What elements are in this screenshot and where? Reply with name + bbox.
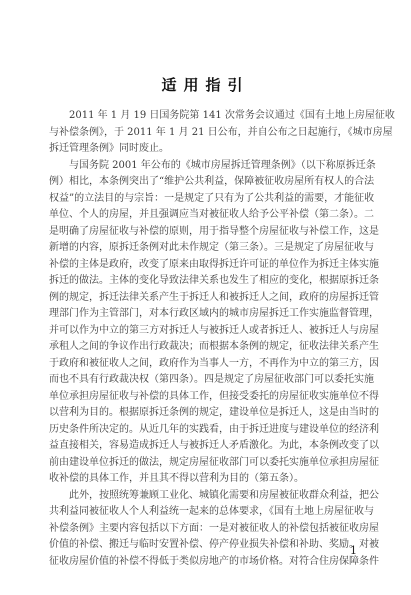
document-body: 2011 年 1 月 19 日国务院第 141 次常务会议通过《国有土地上房屋征… bbox=[49, 108, 361, 570]
text-line: 价值的补偿、搬迁与临时安置补偿、停产停业损失补偿和补助、奖励。对被 bbox=[49, 537, 361, 554]
text-line: 拆迁管理条例》同时废止。 bbox=[49, 141, 361, 158]
text-line: 历史条件所决定的。从近几年的实践看，由于拆迁进度与建设单位的经济利 bbox=[49, 422, 361, 439]
text-line: 于政府和被征收人之间，政府作为当事人一方，不再作为中立的第三方，因 bbox=[49, 356, 361, 373]
text-line: 拆迁的做法。主体的变化导致法律关系也发生了相应的变化，根据原拆迁条 bbox=[49, 273, 361, 290]
text-line: 新增的内容，原拆迁条例对此未作规定（第三条）。三是规定了房屋征收与 bbox=[49, 240, 361, 257]
text-line: 权益”的立法目的与宗旨：一是规定了只有为了公共利益的需要，才能征收 bbox=[49, 191, 361, 208]
text-line: 2011 年 1 月 19 日国务院第 141 次常务会议通过《国有土地上房屋征… bbox=[49, 108, 361, 125]
text-line: 征收房屋价值的补偿不得低于类似房地产的市场价格。对符合住房保障条件 bbox=[49, 554, 361, 571]
text-line: 此外，按照统筹兼顾工业化、城镇化需要和房屋被征收群众利益，把公 bbox=[49, 488, 361, 505]
text-line: 例的规定，拆迁法律关系产生于拆迁人和被拆迁人之间，政府的房屋拆迁管 bbox=[49, 290, 361, 307]
text-line: 并可以作为中立的第三方对拆迁人与被拆迁人或者拆迁人、被拆迁人与房屋 bbox=[49, 323, 361, 340]
text-line: 以营利为目的。根据原拆迁条例的规定，建设单位是拆迁人，这是由当时的 bbox=[49, 405, 361, 422]
text-line: 与补偿条例》，于 2011 年 1 月 21 日公布，并自公布之日起施行，《城市… bbox=[49, 125, 361, 142]
text-line: 是明确了房屋征收与补偿的原则，用于指导整个房屋征收与补偿工作，这是 bbox=[49, 224, 361, 241]
text-line: 补偿的主体是政府，改变了原来由取得拆迁许可证的单位作为拆迁主体实施 bbox=[49, 257, 361, 274]
text-line: 补偿条例》主要内容包括以下方面：一是对被征收人的补偿包括被征收房屋 bbox=[49, 521, 361, 538]
text-line: 益直接相关，容易造成拆迁人与被拆迁人矛盾激化。为此，本条例改变了以 bbox=[49, 438, 361, 455]
text-line: 收补偿的具体工作，并且其不得以营利为目的（第五条）。 bbox=[49, 471, 361, 488]
page-title: 适用指引 bbox=[0, 74, 411, 95]
text-line: 理部门作为主管部门，对本行政区域内的城市房屋拆迁工作实施监督管理， bbox=[49, 306, 361, 323]
text-line: 与国务院 2001 年公布的《城市房屋拆迁管理条例》（以下称原拆迁条 bbox=[49, 158, 361, 175]
page-number: 1 bbox=[350, 544, 357, 557]
text-line: 承租人之间的争议作出行政裁决；而根据本条例的规定，征收法律关系产生 bbox=[49, 339, 361, 356]
text-line: 而也不具有行政裁决权（第四条）。四是规定了房屋征收部门可以委托实施 bbox=[49, 372, 361, 389]
text-line: 例）相比，本条例突出了“维护公共利益，保障被征收房屋所有权人的合法 bbox=[49, 174, 361, 191]
text-line: 单位承担房屋征收与补偿的具体工作，但接受委托的房屋征收实施单位不得 bbox=[49, 389, 361, 406]
text-line: 前由建设单位拆迁的做法，规定房屋征收部门可以委托实施单位承担房屋征 bbox=[49, 455, 361, 472]
text-line: 共利益同被征收人个人利益统一起来的总体要求，《国有土地上房屋征收与 bbox=[49, 504, 361, 521]
text-line: 单位、个人的房屋，并且强调应当对被征收人给予公平补偿（第二条）。二 bbox=[49, 207, 361, 224]
